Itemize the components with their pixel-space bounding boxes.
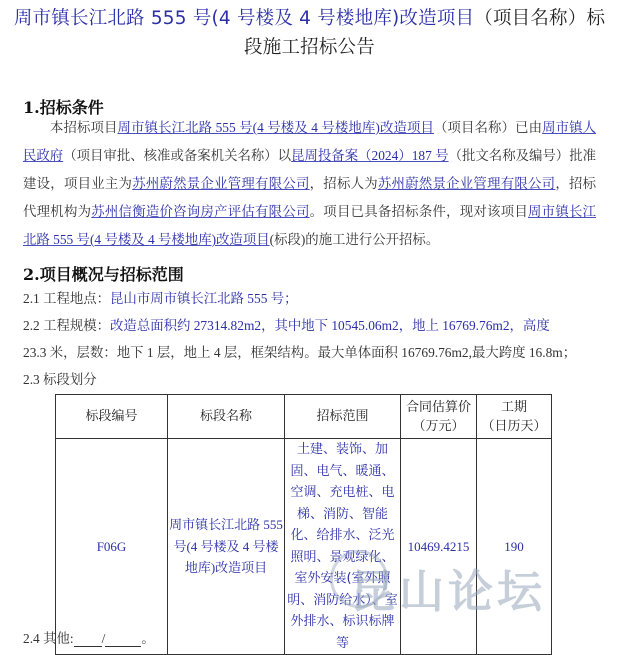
notice-title: 周市镇长江北路 555 号(4 号楼及 4 号楼地库)改造项目（项目名称）标 段… xyxy=(0,4,619,62)
owner-link[interactable]: 苏州蔚然景企业管理有限公司 xyxy=(132,176,309,191)
agent-link[interactable]: 苏州信衡造价咨询房产评估有限公司 xyxy=(91,204,309,219)
header-price: 合同估算价（万元） xyxy=(401,395,477,439)
header-section-name: 标段名称 xyxy=(168,395,285,439)
header-scope: 招标范围 xyxy=(285,395,401,439)
header-duration-line2: （日历天） xyxy=(477,417,551,436)
cell-section-name: 周市镇长江北路 555 号(4 号楼及 4 号楼地库)改造项目 xyxy=(168,439,285,655)
other-line: 2.4 其他:/。 xyxy=(23,628,155,647)
tenderer-link[interactable]: 苏州蔚然景企业管理有限公司 xyxy=(378,176,555,191)
header-price-line2: （万元） xyxy=(401,417,476,436)
title-suffix: （项目名称）标 xyxy=(474,8,605,29)
location-label: 2.1 工程地点： xyxy=(23,291,110,306)
table-row: F06G 周市镇长江北路 555 号(4 号楼及 4 号楼地库)改造项目 土建、… xyxy=(56,439,552,655)
blank-1 xyxy=(74,632,102,647)
header-section-no: 标段编号 xyxy=(56,395,168,439)
section-table: 标段编号 标段名称 招标范围 合同估算价（万元） 工期（日历天） F06G 周市… xyxy=(55,394,552,655)
title-line2: 段施工招标公告 xyxy=(244,37,375,58)
project-name-link[interactable]: 周市镇长江北路 555 号(4 号楼及 4 号楼地库)改造项目 xyxy=(118,120,434,135)
text: 。项目已具备招标条件，现对该项目 xyxy=(310,204,528,219)
blank-2 xyxy=(105,632,141,647)
scale-value: 改造总面积约 27314.82m2，其中地下 10545.06m2，地上 167… xyxy=(110,318,550,333)
cell-duration: 190 xyxy=(477,439,552,655)
table-header-row: 标段编号 标段名称 招标范围 合同估算价（万元） 工期（日历天） xyxy=(56,395,552,439)
scale-line-2: 23.3 米，层数：地下 1 层，地上 4 层，框架结构。最大单体面积 1676… xyxy=(23,342,576,361)
text: 本招标项目 xyxy=(50,120,118,135)
header-duration: 工期（日历天） xyxy=(477,395,552,439)
scale-label: 2.2 工程规模： xyxy=(23,318,110,333)
title-project-name: 周市镇长江北路 555 号(4 号楼及 4 号楼地库)改造项目 xyxy=(14,8,474,29)
cell-section-no: F06G xyxy=(56,439,168,655)
section1-paragraph: 本招标项目周市镇长江北路 555 号(4 号楼及 4 号楼地库)改造项目（项目名… xyxy=(23,114,596,254)
text: ，招标人为 xyxy=(310,176,378,191)
text: (标段)的施工进行公开招标。 xyxy=(270,232,440,247)
text: （项目名称）已由 xyxy=(434,120,542,135)
section2-heading: 2.项目概况与招标范围 xyxy=(23,262,184,285)
header-duration-line1: 工期 xyxy=(477,398,551,417)
cell-price: 10469.4215 xyxy=(401,439,477,655)
division-label: 2.3 标段划分 xyxy=(23,369,97,388)
header-price-line1: 合同估算价 xyxy=(401,398,476,417)
location-value: 昆山市周市镇长江北路 555 号； xyxy=(110,291,297,306)
location-line: 2.1 工程地点：昆山市周市镇长江北路 555 号； xyxy=(23,288,298,307)
other-end: 。 xyxy=(141,631,154,646)
approval-number-link[interactable]: 昆周投备案（2024）187 号 xyxy=(291,148,448,163)
text: （项目审批、核准或备案机关名称）以 xyxy=(63,148,291,163)
scale-line-1: 2.2 工程规模：改造总面积约 27314.82m2，其中地下 10545.06… xyxy=(23,315,550,334)
other-label: 2.4 其他: xyxy=(23,631,74,646)
cell-scope: 土建、装饰、加固、电气、暖通、空调、充电桩、电梯、消防、智能化、给排水、泛光照明… xyxy=(285,439,401,655)
